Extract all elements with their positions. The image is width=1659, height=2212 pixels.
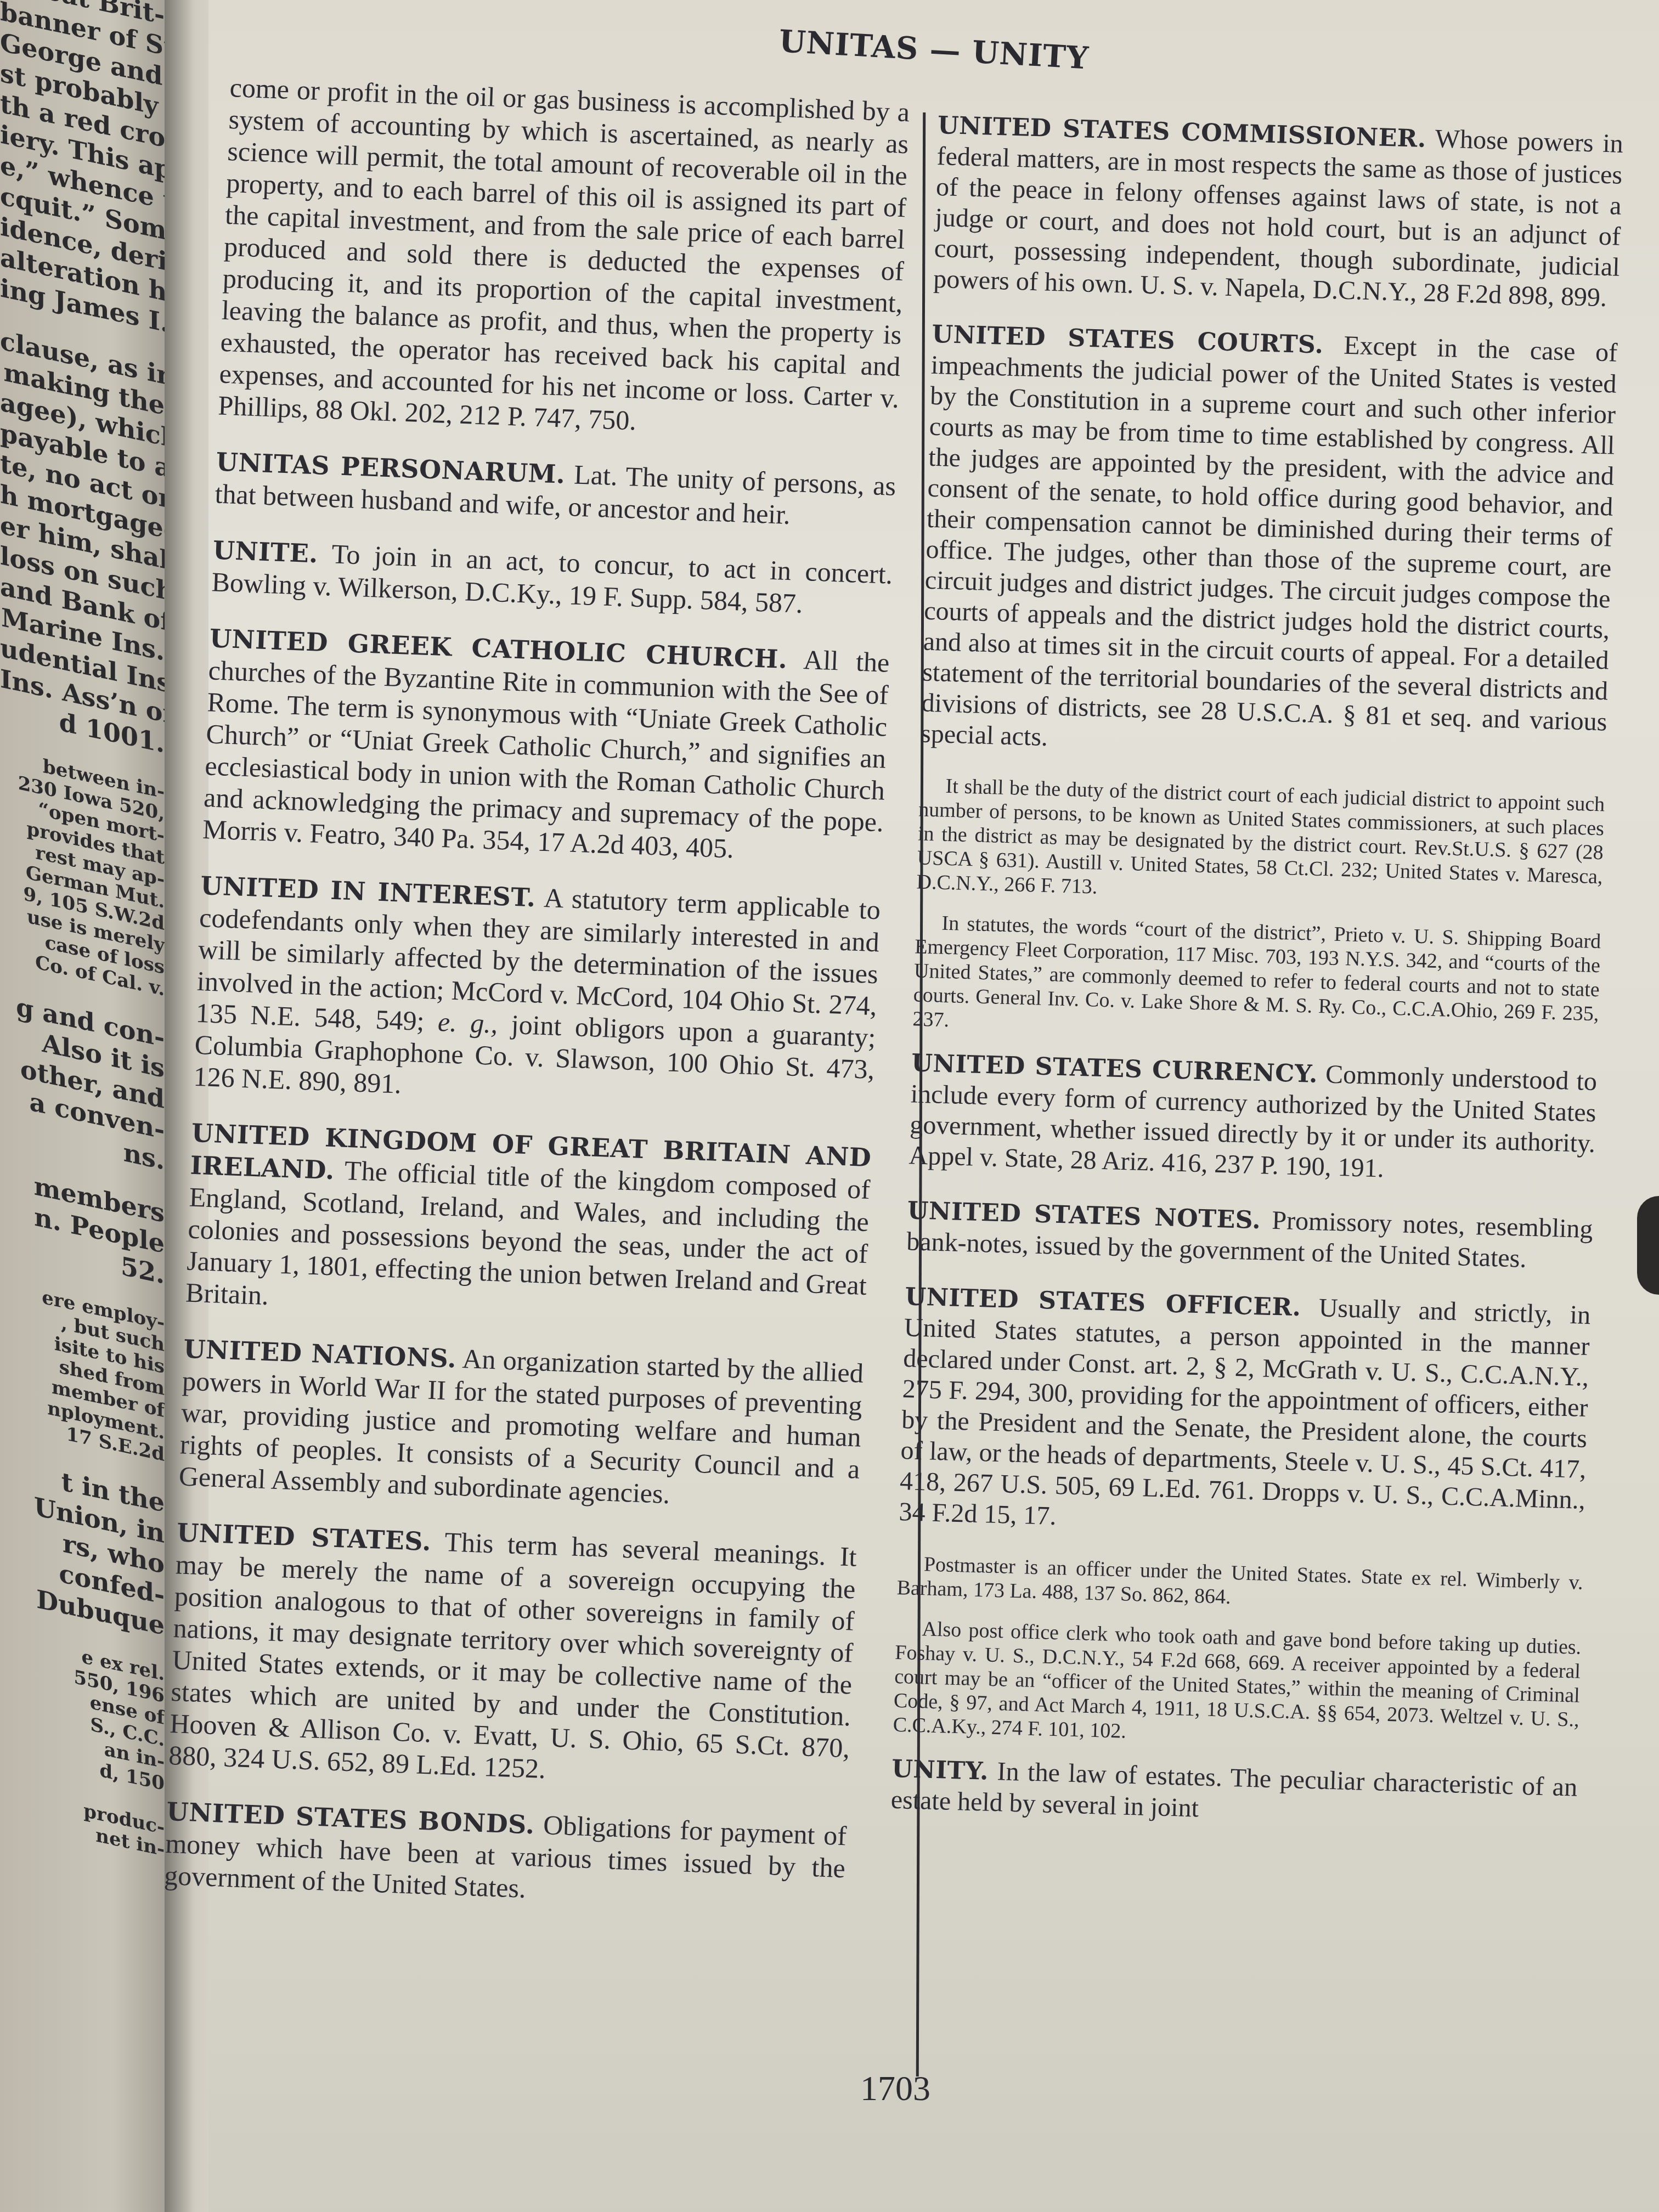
facing-fragment-group: ere employ- , but such isite to his shed… — [0, 1277, 165, 1466]
entry-unite: UNITE. To join in an act, to concur, to … — [211, 533, 893, 622]
definition: Except in the case of impeachments the j… — [920, 331, 1617, 752]
definition-italic: e. g., — [437, 1006, 498, 1039]
left-column: come or profit in the oil or gas busines… — [163, 71, 910, 1940]
thumb-index-notch — [1637, 1196, 1659, 1295]
definition: In the law of estates. The peculiar char… — [890, 1757, 1578, 1822]
entry-united-states-notes: UNITED STATES NOTES. Promissory notes, r… — [906, 1195, 1594, 1276]
facing-fragment-group: g and con- Also it is other, and a conve… — [0, 988, 165, 1176]
annotation-note: It shall be the duty of the district cou… — [916, 774, 1605, 913]
annotation-note: Postmaster is an officer under the Unite… — [896, 1551, 1583, 1619]
definition: This term has several meanings. It may b… — [168, 1526, 857, 1784]
definition: Usually and strictly, in United States s… — [899, 1293, 1591, 1531]
entry-unity: UNITY. In the law of estates. The peculi… — [890, 1753, 1578, 1835]
facing-page-text: Great Brit- banner of St. George and St.… — [0, 0, 165, 1883]
definition: Whose powers in federal matters, are in … — [933, 124, 1624, 312]
entry-united-in-interest: UNITED IN INTEREST. A statutory term app… — [193, 869, 881, 1117]
facing-fragment-group: e ex rel. 550, 196 ense of S., C.C. an i… — [0, 1628, 165, 1795]
entry-united-nations: UNITED NATIONS. An organization started … — [178, 1332, 864, 1516]
continued-entry-text: come or profit in the oil or gas busines… — [218, 71, 911, 446]
entry-united-states-bonds: UNITED STATES BONDS. Obligations for pay… — [163, 1795, 847, 1916]
facing-fragment-group: produc- net in- — [0, 1782, 165, 1861]
annotation-note: In statutes, the words “court of the dis… — [912, 910, 1601, 1050]
facing-page-fragment: Great Brit- banner of St. George and St.… — [0, 0, 187, 2212]
entry-united-kingdom: UNITED KINGDOM OF GREAT BRITAIN AND IREL… — [185, 1116, 872, 1333]
entry-united-states-currency: UNITED STATES CURRENCY. Commonly underst… — [909, 1047, 1598, 1190]
annotation-note: Also post office clerk who took oath and… — [893, 1616, 1582, 1756]
entry-united-greek-catholic-church: UNITED GREEK CATHOLIC CHURCH. All the ch… — [202, 622, 890, 870]
running-head: UNITAS — UNITY — [778, 23, 1090, 76]
entry-unitas-personarum: UNITAS PERSONARUM. Lat. The unity of per… — [215, 445, 896, 534]
dictionary-page: UNITAS — UNITY come or profit in the oil… — [208, 0, 1659, 2212]
right-column: UNITED STATES COMMISSIONER. Whose powers… — [890, 110, 1624, 1859]
facing-fragment-group: between in- 230 Iowa 520, “open mort- pr… — [0, 746, 165, 1001]
entry-united-states-commissioner: UNITED STATES COMMISSIONER. Whose powers… — [933, 110, 1624, 314]
facing-fragment-group: t in the Union, in rs, who confed- Dubuq… — [0, 1453, 165, 1641]
facing-fragment-group: clause, as in a making the agee), which … — [0, 325, 165, 759]
page-number: 1703 — [860, 2068, 930, 2109]
definition: An organization started by the allied po… — [178, 1343, 864, 1509]
facing-fragment-group: Great Brit- banner of St. George and St.… — [0, 0, 165, 338]
headword: UNITY. — [891, 1755, 989, 1786]
entry-united-states: UNITED STATES. This term has several mea… — [168, 1516, 857, 1796]
entry-united-states-courts: UNITED STATES COURTS. Except in the case… — [920, 319, 1617, 769]
entry-united-states-officer: UNITED STATES OFFICER. Usually and stric… — [899, 1281, 1591, 1547]
definition: All the churches of the Byzantine Rite i… — [202, 644, 890, 864]
headword: UNITE. — [212, 535, 319, 568]
facing-fragment-group: members n. People 52. — [0, 1163, 165, 1290]
